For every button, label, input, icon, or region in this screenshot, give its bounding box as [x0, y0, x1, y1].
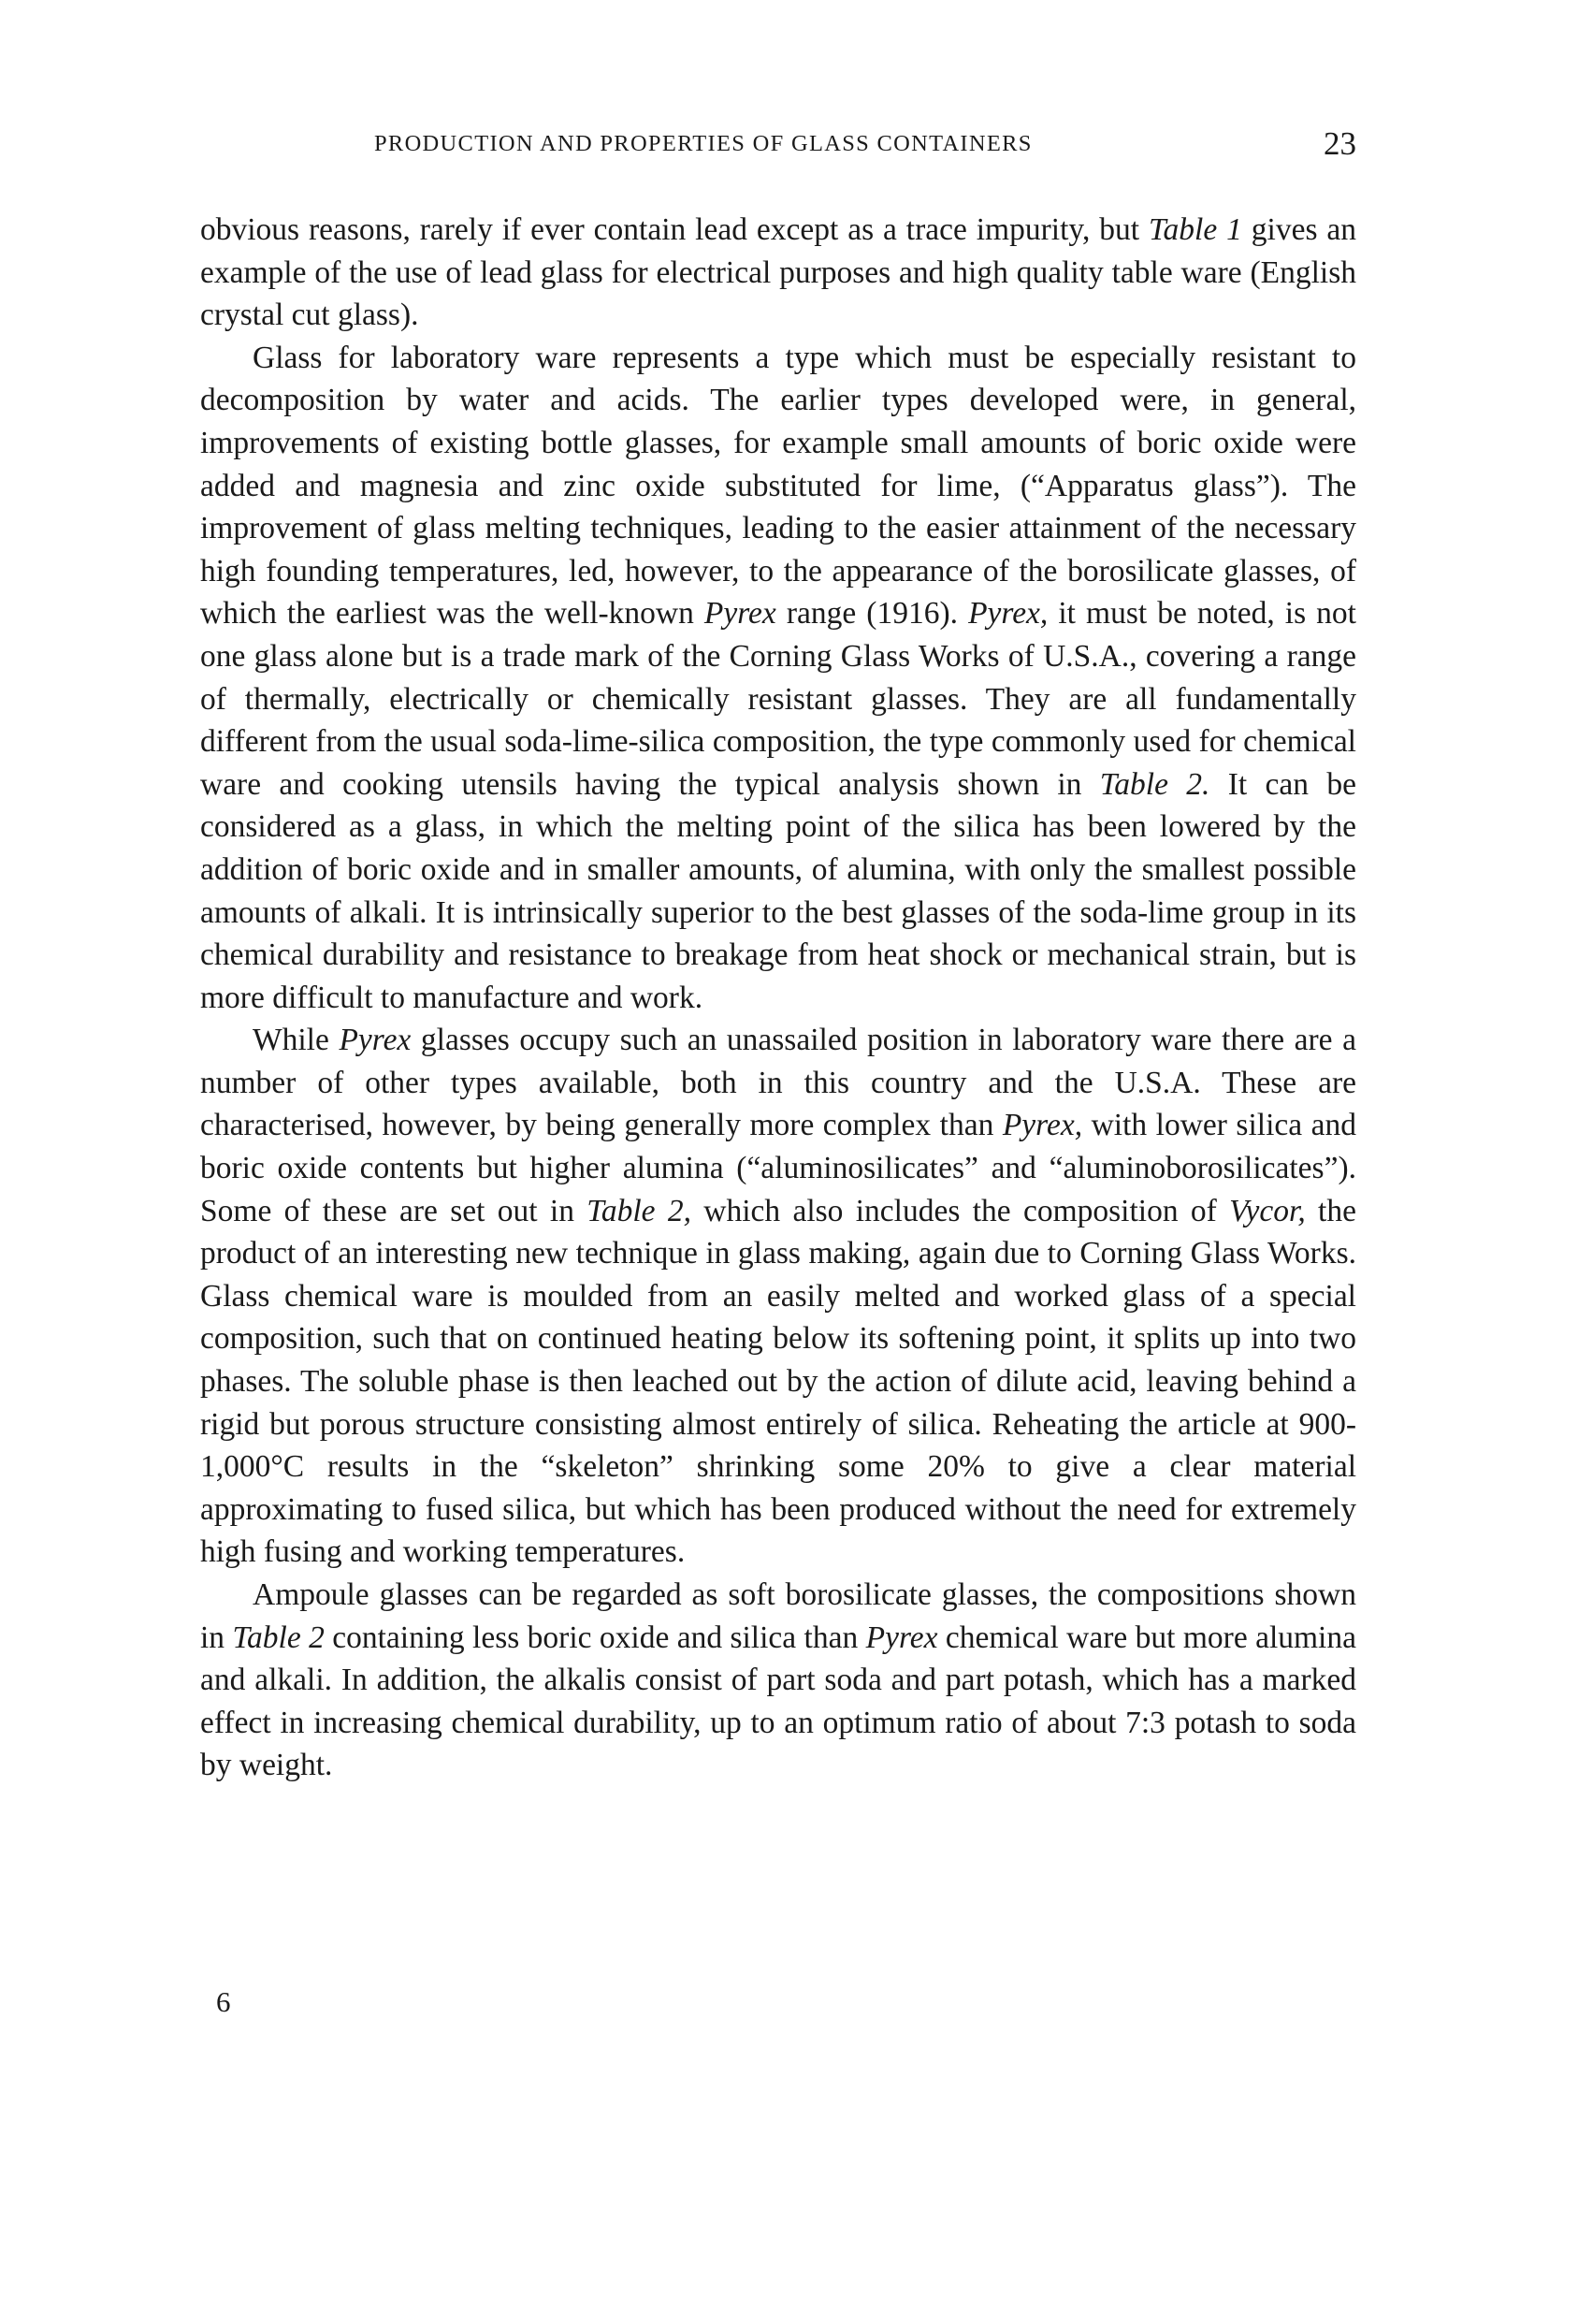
paragraph-1: obvious reasons, rarely if ever contain …: [200, 209, 1356, 337]
text-run: containing less boric oxide and silica t…: [325, 1620, 866, 1655]
text-run: Glass for laboratory ware represents a t…: [200, 341, 1356, 632]
italic-reference: Pyrex: [339, 1023, 411, 1057]
paragraph-2: Glass for laboratory ware represents a t…: [200, 337, 1356, 1020]
page-number: 23: [1324, 125, 1356, 163]
text-run: While: [253, 1023, 339, 1057]
italic-reference: Table 1: [1149, 212, 1242, 247]
italic-reference: Table 2,: [586, 1194, 691, 1228]
running-title: PRODUCTION AND PROPERTIES OF GLASS CONTA…: [374, 131, 1033, 157]
italic-reference: Pyrex,: [968, 596, 1048, 631]
paragraph-3: While Pyrex glasses occupy such an unass…: [200, 1019, 1356, 1574]
italic-reference: Table 2: [232, 1620, 324, 1655]
italic-reference: Pyrex,: [1003, 1108, 1082, 1142]
signature-mark: 6: [216, 1985, 231, 2019]
italic-reference: Vycor,: [1229, 1194, 1306, 1228]
text-run: obvious reasons, rarely if ever contain …: [200, 212, 1149, 247]
text-run: range (1916).: [776, 596, 968, 631]
italic-reference: Pyrex: [866, 1620, 938, 1655]
italic-reference: Table 2.: [1100, 767, 1210, 802]
body-text: obvious reasons, rarely if ever contain …: [200, 209, 1356, 1787]
text-run: It can be considered as a glass, in whic…: [200, 767, 1356, 1015]
paragraph-4: Ampoule glasses can be regarded as soft …: [200, 1574, 1356, 1787]
text-run: which also includes the composition of: [691, 1194, 1229, 1228]
running-head: PRODUCTION AND PROPERTIES OF GLASS CONTA…: [200, 127, 1356, 165]
text-run: the product of an interesting new techni…: [200, 1194, 1356, 1570]
italic-reference: Pyrex: [704, 596, 776, 631]
